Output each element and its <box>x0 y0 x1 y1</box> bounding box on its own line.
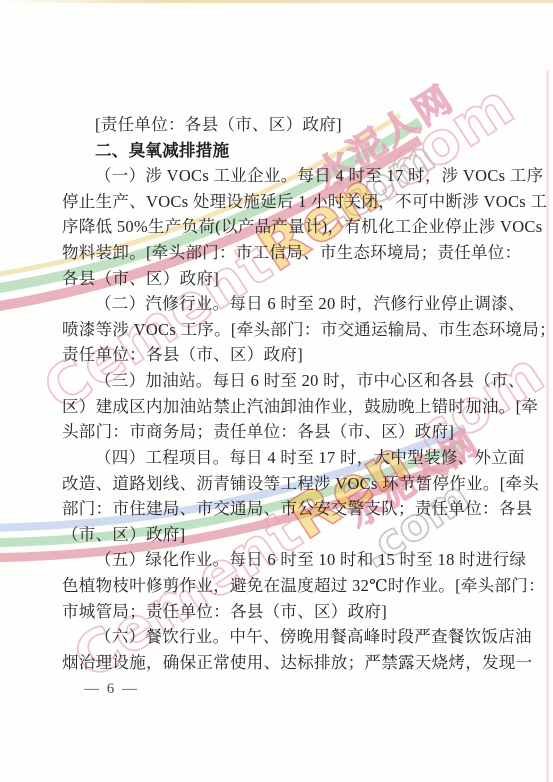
page-number: — 6 — <box>84 681 139 698</box>
text-line: 喷漆等涉 VOCs 工序。[牵头部门：市交通运输局、市生态环境局； <box>62 317 492 343</box>
text-line: （五）绿化作业。每日 6 时至 10 时和 15 时至 18 时进行绿 <box>62 547 492 573</box>
text-line: （四）工程项目。每日 4 时至 17 时，大中型装修、外立面 <box>62 445 492 471</box>
text-line: 改造、道路划线、沥青铺设等工程涉 VOCs 环节暂停作业。[牵头 <box>62 471 492 497</box>
text-line: 区）建成区内加油站禁止汽油卸油作业，鼓励晚上错时加油。[牵 <box>62 394 492 420</box>
text-line: 责任单位：各县（市、区）政府] <box>62 342 492 368</box>
text-line: （六）餐饮行业。中午、傍晚用餐高峰时段严查餐饮饭店油 <box>62 624 492 650</box>
text-line: 各县（市、区）政府] <box>62 266 492 292</box>
text-line: 物料装卸。[牵头部门：市工信局、市生态环境局；责任单位： <box>62 240 492 266</box>
text-line: [责任单位：各县（市、区）政府] <box>62 112 492 138</box>
text-line: 市城管局；责任单位：各县（市、区）政府] <box>62 599 492 625</box>
scan-edge-top <box>0 0 553 3</box>
text-line: （市、区）政府] <box>62 522 492 548</box>
text-line: 部门：市住建局、市交通局、市公安交警支队；责任单位：各县 <box>62 496 492 522</box>
text-line: （三）加油站。每日 6 时至 20 时，市中心区和各县（市、 <box>62 368 492 394</box>
section-heading: 二、臭氧减排措施 <box>62 138 492 164</box>
text-line: 色植物枝叶修剪作业，避免在温度超过 32℃时作业。[牵头部门： <box>62 573 492 599</box>
text-line: （一）涉 VOCs 工业企业。每日 4 时至 17 时，涉 VOCs 工序 <box>62 163 492 189</box>
document-body: [责任单位：各县（市、区）政府]二、臭氧减排措施（一）涉 VOCs 工业企业。每… <box>62 112 492 675</box>
text-line: 序降低 50%生产负荷(以产品产量计)，有机化工企业停止涉 VOCs <box>62 214 492 240</box>
text-line: （二）汽修行业。每日 6 时至 20 时，汽修行业停止调漆、 <box>62 291 492 317</box>
text-line: 头部门：市商务局；责任单位：各县（市、区）政府] <box>62 419 492 445</box>
scan-streak-right <box>546 70 549 782</box>
text-line: 烟治理设施，确保正常使用、达标排放；严禁露天烧烤，发现一 <box>62 650 492 676</box>
text-line: 停止生产、VOCs 处理设施延后 1 小时关闭，不可中断涉 VOCs 工 <box>62 189 492 215</box>
scanned-document: { "page": { "background": "#fefefd", "pa… <box>0 0 553 782</box>
